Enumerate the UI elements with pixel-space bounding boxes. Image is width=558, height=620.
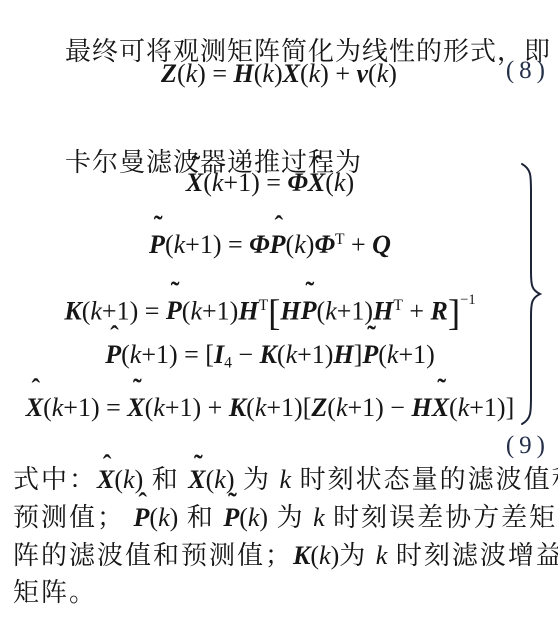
bottom-paragraph-line: 预测值； ˆP(k) 和 ˜P(k) 为 k 时刻误差协方差矩 <box>13 500 557 536</box>
equation-state-update: ˆX(k+1) = ˜X(k+1) + K(k+1)[Z(k+1) − H˜X(… <box>0 386 540 430</box>
equation-kalman-gain: K(k+1) = ˜P(k+1)HT[H˜P(k+1)HT + R]−1 <box>0 278 540 335</box>
equation-8-label: (8) <box>506 56 550 86</box>
equation-8: Z(k) = H(k)X(k) + v(k) <box>0 54 558 94</box>
kalman-intro-paragraph: 卡尔曼滤波器递推过程为 <box>13 145 553 181</box>
equation-covariance-prediction: ˜P(k+1) = ΦˆP(k)ΦT + Q <box>0 218 540 267</box>
bottom-paragraph-line: 阵的滤波值和预测值；K(k)为 k 时刻滤波增益 <box>13 538 558 574</box>
right-brace <box>519 162 543 426</box>
equation-9-label: (9) <box>506 431 550 461</box>
equation-covariance-update: ˆP(k+1) = [I4 − K(k+1)H]˜P(k+1) <box>0 333 540 385</box>
bottom-paragraph-line: 矩阵。 <box>13 575 97 611</box>
equation-8-row: Z(k) = H(k)X(k) + v(k) (8) <box>0 54 558 98</box>
bottom-paragraph-line: 式中：ˆX(k) 和 ˜X(k) 为 k 时刻状态量的滤波值和 <box>13 462 558 498</box>
paper-page: 最终可将观测矩阵简化为线性的形式，即 Z(k) = H(k)X(k) + v(k… <box>0 0 558 620</box>
